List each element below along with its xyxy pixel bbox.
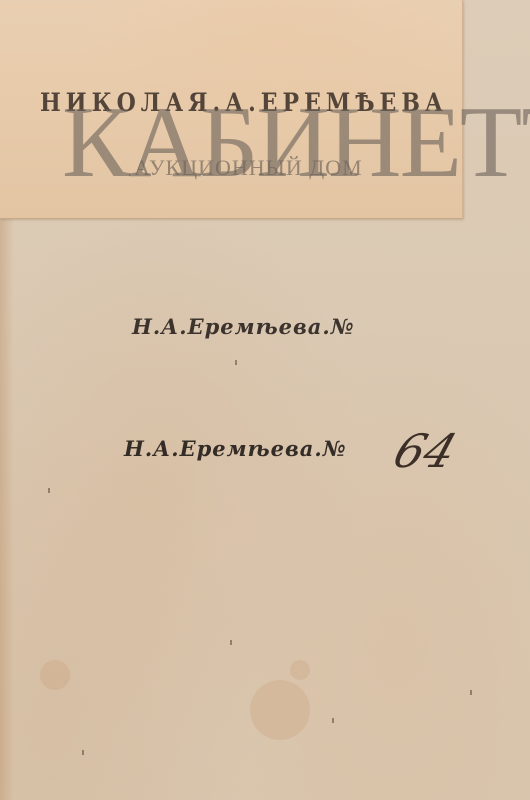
paper-fleck bbox=[235, 360, 237, 365]
owner-stamp-faded: Н.А.Еремѣева.№ bbox=[132, 314, 355, 339]
paper-fleck bbox=[230, 640, 232, 645]
paper-fleck bbox=[470, 690, 472, 695]
paper-fleck bbox=[82, 750, 84, 755]
paper-fleck bbox=[332, 718, 334, 723]
owner-stamp: Н.А.Еремѣева.№ bbox=[124, 436, 347, 461]
watermark-subtitle: АУКЦИОННЫЙ ДОМ bbox=[134, 155, 363, 181]
stain bbox=[290, 660, 310, 680]
stain bbox=[250, 680, 310, 740]
paper-fleck bbox=[48, 488, 50, 493]
stain bbox=[40, 660, 70, 690]
